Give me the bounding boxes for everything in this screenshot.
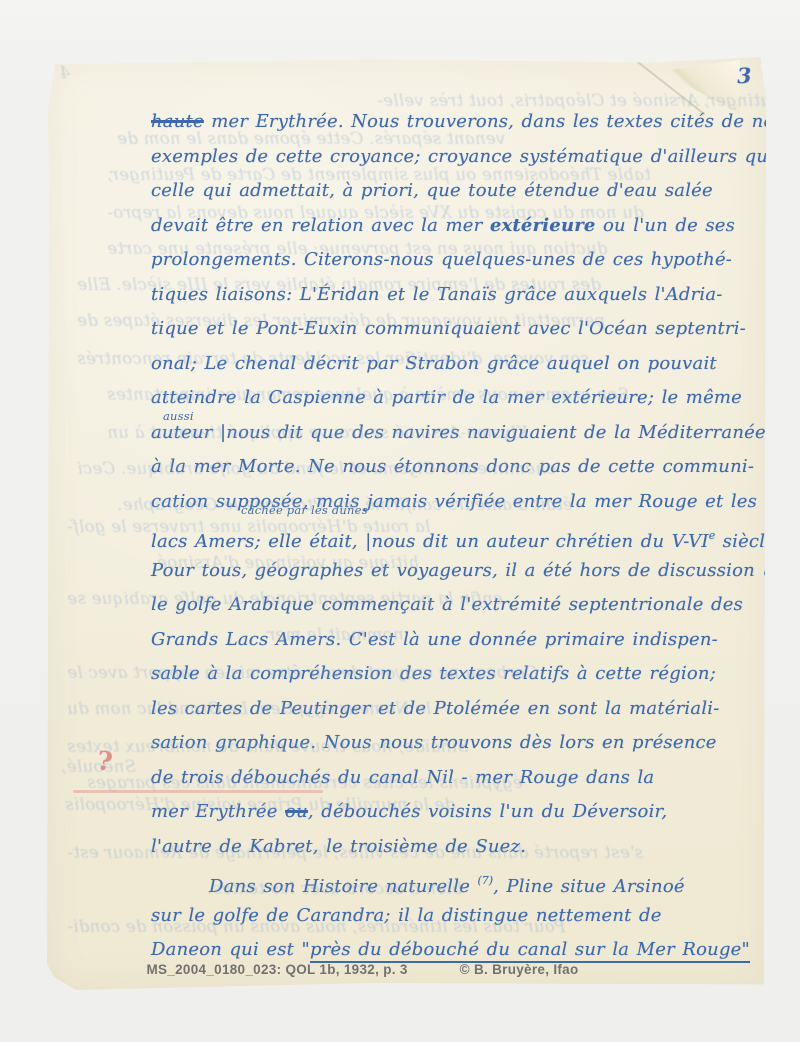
struck-text: haute [151, 111, 204, 132]
handwritten-line: Dans son Histoire naturelle (7), Pline s… [151, 864, 751, 899]
handwritten-line: devait être en relation avec la mer exté… [151, 209, 751, 244]
handwritten-text: sable à la compréhension des textes rela… [151, 663, 716, 684]
interlinear-insertion: cachée par les dunes [241, 503, 368, 517]
handwritten-line: tique et le Pont-Euxin communiquaient av… [151, 312, 751, 347]
handwritten-text: onal; Le chenal décrit par Strabon grâce… [151, 353, 717, 374]
handwritten-text: à la mer Morte. Ne nous étonnons donc pa… [151, 456, 754, 477]
interlinear-insertion: aussi [163, 409, 194, 423]
handwritten-text: siècle [715, 531, 776, 552]
footer-caption: MS_2004_0180_023: QOL 1b, 1932, p. 3 © B… [3, 962, 722, 977]
handwritten-line: celle qui admettait, à priori, que toute… [151, 174, 751, 209]
handwritten-text: Dans son Histoire naturelle [209, 876, 478, 897]
handwritten-text: celle qui admettait, à priori, que toute… [151, 180, 713, 201]
handwritten-text: le golfe Arabique commençait à l'extrémi… [151, 594, 743, 615]
handwritten-text: l'autre de Kabret, le troisième de Suez. [151, 836, 526, 857]
handwritten-text: prolongements. Citerons-nous quelques-un… [151, 249, 732, 270]
handwritten-text: mer Erythrée [151, 801, 285, 822]
handwritten-text: , débouchés voisins l'un du Déversoir, [308, 801, 667, 822]
handwritten-text: lacs Amers; elle était, |nous dit un aut… [151, 531, 709, 552]
handwritten-line: le golfe Arabique commençait à l'extrémi… [151, 588, 751, 623]
copyright-credit: © B. Bruyère, Ifao [460, 962, 579, 977]
ink-bleedthrough: 4 [59, 63, 70, 82]
handwritten-text: tiques liaisons: L'Éridan et le Tanaïs g… [151, 284, 723, 305]
handwriting-block: haute mer Erythrée. Nous trouverons, dan… [151, 105, 751, 968]
handwritten-text: exemples de cette croyance; croyance sys… [151, 146, 779, 167]
handwritten-line: sable à la compréhension des textes rela… [151, 657, 751, 692]
handwritten-text: mer Erythrée. Nous trouverons, dans les … [204, 111, 800, 132]
superscript-text: (7) [478, 874, 494, 887]
handwritten-line: les cartes de Peutinger et de Ptolémée e… [151, 692, 751, 727]
handwritten-text: de trois débouchés du canal Nil - mer Ro… [151, 767, 654, 788]
handwritten-line: sation graphique. Nous nous trouvons dès… [151, 726, 751, 761]
handwritten-line: lacs Amers; elle était, |nous dit un aut… [151, 519, 751, 554]
handwritten-line: prolongements. Citerons-nous quelques-un… [151, 243, 751, 278]
handwritten-line: onal; Le chenal décrit par Strabon grâce… [151, 347, 751, 382]
handwritten-line: auteur |nous dit que des navires navigua… [151, 416, 751, 451]
page-number: 3 [736, 63, 752, 89]
handwritten-line: mer Erythrée ou, débouchés voisins l'un … [151, 795, 751, 830]
handwritten-line: sur le golfe de Carandra; il la distingu… [151, 899, 751, 934]
red-question-mark: ? [95, 746, 114, 778]
handwritten-line: haute mer Erythrée. Nous trouverons, dan… [151, 105, 751, 140]
handwritten-text: Pour tous, géographes et voyageurs, il a… [151, 560, 797, 581]
handwritten-line: à la mer Morte. Ne nous étonnons donc pa… [151, 450, 751, 485]
overwritten-text: extérieure [490, 215, 596, 236]
handwritten-line: tiques liaisons: L'Éridan et le Tanaïs g… [151, 278, 751, 313]
handwritten-text: auteur |nous dit que des navires navigua… [151, 422, 766, 443]
handwritten-text: tique et le Pont-Euxin communiquaient av… [151, 318, 746, 339]
handwritten-text: , Pline situe Arsinoé [493, 876, 685, 897]
handwritten-text: atteindre la Caspienne à partir de la me… [151, 387, 742, 408]
handwritten-text: les cartes de Peutinger et de Ptolémée e… [151, 698, 720, 719]
catalog-reference: MS_2004_0180_023: QOL 1b, 1932, p. 3 [146, 962, 407, 977]
underlined-text: près du débouché du canal sur la Mer Rou… [310, 939, 750, 963]
handwritten-text: sation graphique. Nous nous trouvons dès… [151, 732, 717, 753]
handwritten-line: exemples de cette croyance; croyance sys… [151, 140, 751, 175]
handwritten-text: Grands Lacs Amers. C'est là une donnée p… [151, 629, 718, 650]
handwritten-text: ou l'un de ses [596, 215, 736, 236]
handwritten-text: devait être en relation avec la mer [151, 215, 490, 236]
handwritten-line: atteindre la Caspienne à partir de la me… [151, 381, 751, 416]
handwritten-line: Pour tous, géographes et voyageurs, il a… [151, 554, 751, 589]
handwritten-text: sur le golfe de Carandra; il la distingu… [151, 905, 662, 926]
struck-text: ou [285, 801, 308, 822]
manuscript-page: 3 haute mer Erythrée. Nous trouverons, d… [47, 57, 766, 990]
red-pencil-line [73, 790, 323, 793]
handwritten-line: l'autre de Kabret, le troisième de Suez. [151, 830, 751, 865]
handwritten-text: Daneon qui est " [151, 939, 310, 960]
handwritten-line: Grands Lacs Amers. C'est là une donnée p… [151, 623, 751, 658]
